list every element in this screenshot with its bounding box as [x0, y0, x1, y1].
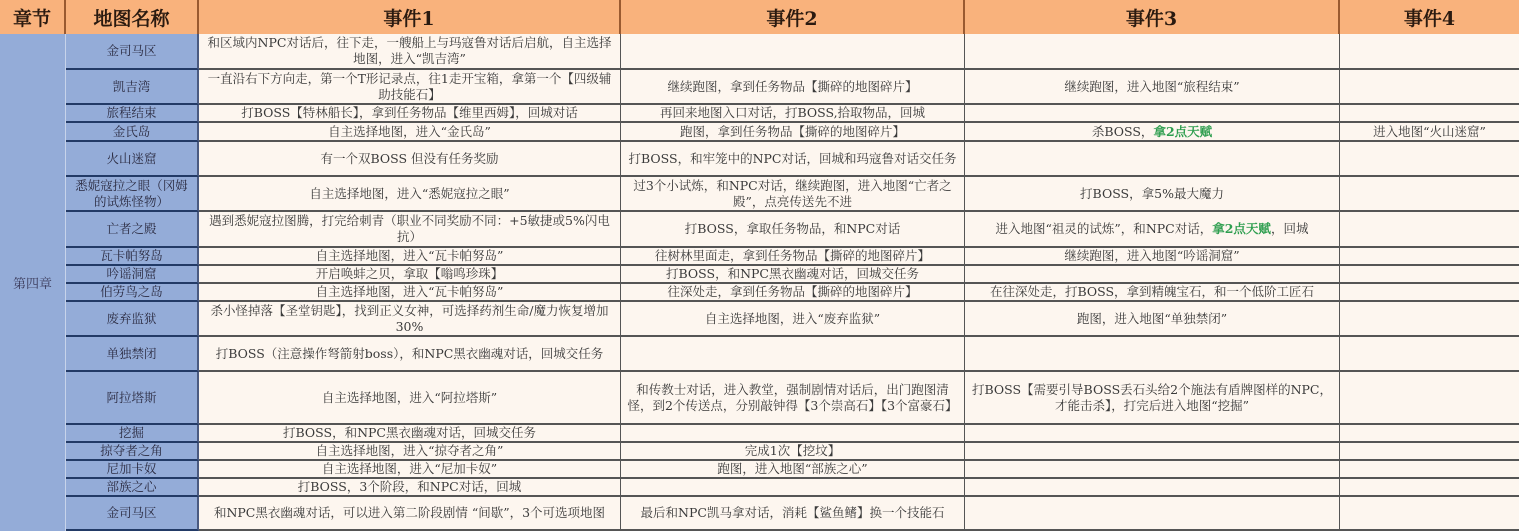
quest-table: 章节 地图名称 事件1 事件2 事件3 事件4 第四章 金司马区 和区域内NPC… — [0, 0, 1519, 531]
event-1-cell: 自主选择地图，进入“金氏岛” — [199, 123, 621, 142]
map-name-cell: 凯吉湾 — [66, 70, 199, 105]
event-2-cell — [621, 479, 965, 497]
event-2-cell: 继续跑图，拿到任务物品【撕碎的地图碎片】 — [621, 70, 965, 105]
table-row: 凯吉湾 一直沿右下方向走，第一个T形记录点，往1走开宝箱，拿第一个【四级辅助技能… — [66, 70, 1519, 105]
event-1-cell: 打BOSS【特林船长】，拿到任务物品【维里西姆】，回城对话 — [199, 105, 621, 123]
map-name-cell: 金氏岛 — [66, 123, 199, 142]
event-4-cell — [1340, 212, 1519, 248]
event-4-cell — [1340, 34, 1519, 70]
event-3-cell: 打BOSS【需要引导BOSS丢石头给2个施法有盾牌图样的NPC，才能击杀】，打完… — [965, 372, 1340, 425]
table-row: 伯劳鸟之岛 自主选择地图，进入“瓦卡帕努岛” 往深处走，拿到任务物品【撕碎的地图… — [66, 284, 1519, 302]
event-4-cell — [1340, 425, 1519, 443]
event-2-cell: 往深处走，拿到任务物品【撕碎的地图碎片】 — [621, 284, 965, 302]
table-row: 阿拉塔斯 自主选择地图，进入“阿拉塔斯” 和传教士对话，进入教堂，强制剧情对话后… — [66, 372, 1519, 425]
table-row: 挖掘 打BOSS，和NPC黑衣幽魂对话，回城交任务 — [66, 425, 1519, 443]
event-1-cell: 自主选择地图，进入“掠夺者之角” — [199, 443, 621, 461]
event-2-cell: 完成1次【挖坟】 — [621, 443, 965, 461]
event-3-cell — [965, 443, 1340, 461]
map-name-cell: 掠夺者之角 — [66, 443, 199, 461]
event-4-cell — [1340, 70, 1519, 105]
event-1-cell: 开启唤蚌之贝，拿取【嗡鸣珍珠】 — [199, 266, 621, 284]
event-4-cell — [1340, 105, 1519, 123]
table-row: 吟谣洞窟 开启唤蚌之贝，拿取【嗡鸣珍珠】 打BOSS，和NPC黑衣幽魂对话，回城… — [66, 266, 1519, 284]
event-text: 杀BOSS， — [1092, 124, 1154, 140]
event-3-cell: 跑图，进入地图“单独禁闭” — [965, 302, 1340, 337]
event-2-cell: 自主选择地图，进入“废弃监狱” — [621, 302, 965, 337]
event-1-cell: 打BOSS（注意操作弩箭射boss），和NPC黑衣幽魂对话，回城交任务 — [199, 337, 621, 372]
table-row: 瓦卡帕努岛 自主选择地图，进入“瓦卡帕努岛” 往树林里面走，拿到任务物品【撕碎的… — [66, 248, 1519, 266]
event-1-cell: 和NPC黑衣幽魂对话，可以进入第二阶段剧情 “间歇”，3个可选项地图 — [199, 497, 621, 531]
table-row: 掠夺者之角 自主选择地图，进入“掠夺者之角” 完成1次【挖坟】 — [66, 443, 1519, 461]
event-3-cell — [965, 34, 1340, 70]
event-3-cell: 杀BOSS，拿2点天赋 — [965, 123, 1340, 142]
table-row: 部族之心 打BOSS，3个阶段，和NPC对话，回城 — [66, 479, 1519, 497]
event-1-cell: 遇到悉妮寇拉图腾，打完给刺青（职业不同奖励不同：+5敏捷或5%闪电抗） — [199, 212, 621, 248]
event-1-cell: 打BOSS，3个阶段，和NPC对话，回城 — [199, 479, 621, 497]
event-4-cell: 进入地图“火山迷窟” — [1340, 123, 1519, 142]
map-name-cell: 悉妮寇拉之眼（冈姆的试炼怪物） — [66, 177, 199, 212]
event-4-cell — [1340, 337, 1519, 372]
map-name-cell: 单独禁闭 — [66, 337, 199, 372]
event-3-cell — [965, 479, 1340, 497]
header-event-4: 事件4 — [1340, 0, 1519, 34]
event-1-cell: 有一个双BOSS 但没有任务奖励 — [199, 142, 621, 177]
map-name-cell: 旅程结束 — [66, 105, 199, 123]
event-1-cell: 和区域内NPC对话后，往下走，一艘船上与玛寇鲁对话后启航，自主选择地图，进入“凯… — [199, 34, 621, 70]
event-4-cell — [1340, 177, 1519, 212]
event-3-cell: 进入地图“祖灵的试炼”，和NPC对话，拿2点天赋，回城 — [965, 212, 1340, 248]
event-1-cell: 自主选择地图，进入“瓦卡帕努岛” — [199, 248, 621, 266]
event-2-cell: 打BOSS，和牢笼中的NPC对话，回城和玛寇鲁对话交任务 — [621, 142, 965, 177]
header-event-3: 事件3 — [965, 0, 1340, 34]
map-name-cell: 伯劳鸟之岛 — [66, 284, 199, 302]
event-2-cell: 再回来地图入口对话，打BOSS,拾取物品，回城 — [621, 105, 965, 123]
map-name-cell: 阿拉塔斯 — [66, 372, 199, 425]
map-name-cell: 金司马区 — [66, 497, 199, 531]
event-4-cell — [1340, 302, 1519, 337]
event-3-cell: 在往深处走，打BOSS，拿到精魄宝石，和一个低阶工匠石 — [965, 284, 1340, 302]
event-text: ，回城 — [1271, 221, 1309, 237]
event-4-cell — [1340, 497, 1519, 531]
event-2-cell: 跑图，进入地图“部族之心” — [621, 461, 965, 479]
talent-reward-highlight: 拿2点天赋 — [1153, 124, 1212, 140]
table-row: 金氏岛 自主选择地图，进入“金氏岛” 跑图，拿到任务物品【撕碎的地图碎片】 杀B… — [66, 123, 1519, 142]
event-4-cell — [1340, 142, 1519, 177]
event-text: 进入地图“祖灵的试炼”，和NPC对话， — [996, 221, 1213, 237]
table-row: 火山迷窟 有一个双BOSS 但没有任务奖励 打BOSS，和牢笼中的NPC对话，回… — [66, 142, 1519, 177]
talent-reward-highlight: 拿2点天赋 — [1212, 221, 1271, 237]
header-chapter: 章节 — [0, 0, 66, 34]
map-name-cell: 部族之心 — [66, 479, 199, 497]
event-4-cell — [1340, 266, 1519, 284]
event-3-cell — [965, 337, 1340, 372]
event-3-cell: 继续跑图，进入地图“吟谣洞窟” — [965, 248, 1340, 266]
table-row: 尼加卡奴 自主选择地图，进入“尼加卡奴” 跑图，进入地图“部族之心” — [66, 461, 1519, 479]
map-name-cell: 瓦卡帕努岛 — [66, 248, 199, 266]
event-3-cell — [965, 425, 1340, 443]
event-3-cell — [965, 266, 1340, 284]
map-name-cell: 尼加卡奴 — [66, 461, 199, 479]
event-1-cell: 自主选择地图，进入“尼加卡奴” — [199, 461, 621, 479]
map-name-cell: 金司马区 — [66, 34, 199, 70]
event-2-cell: 最后和NPC凯马拿对话，消耗【鲨鱼鳍】换一个技能石 — [621, 497, 965, 531]
event-3-cell — [965, 497, 1340, 531]
map-name-cell: 吟谣洞窟 — [66, 266, 199, 284]
event-3-cell: 打BOSS，拿5%最大魔力 — [965, 177, 1340, 212]
event-3-cell — [965, 142, 1340, 177]
table-row: 金司马区 和区域内NPC对话后，往下走，一艘船上与玛寇鲁对话后启航，自主选择地图… — [66, 34, 1519, 70]
header-map-name: 地图名称 — [66, 0, 199, 34]
event-2-cell: 往树林里面走，拿到任务物品【撕碎的地图碎片】 — [621, 248, 965, 266]
table-row: 亡者之殿 遇到悉妮寇拉图腾，打完给刺青（职业不同奖励不同：+5敏捷或5%闪电抗）… — [66, 212, 1519, 248]
event-1-cell: 一直沿右下方向走，第一个T形记录点，往1走开宝箱，拿第一个【四级辅助技能石】 — [199, 70, 621, 105]
event-3-cell — [965, 105, 1340, 123]
event-1-cell: 自主选择地图，进入“悉妮寇拉之眼” — [199, 177, 621, 212]
table-row: 金司马区 和NPC黑衣幽魂对话，可以进入第二阶段剧情 “间歇”，3个可选项地图 … — [66, 497, 1519, 531]
event-2-cell: 跑图，拿到任务物品【撕碎的地图碎片】 — [621, 123, 965, 142]
event-4-cell — [1340, 372, 1519, 425]
event-1-cell: 自主选择地图，进入“瓦卡帕努岛” — [199, 284, 621, 302]
event-2-cell — [621, 34, 965, 70]
event-2-cell — [621, 425, 965, 443]
table-row: 单独禁闭 打BOSS（注意操作弩箭射boss），和NPC黑衣幽魂对话，回城交任务 — [66, 337, 1519, 372]
event-4-cell — [1340, 284, 1519, 302]
event-1-cell: 打BOSS，和NPC黑衣幽魂对话，回城交任务 — [199, 425, 621, 443]
header-event-1: 事件1 — [199, 0, 621, 34]
map-name-cell: 亡者之殿 — [66, 212, 199, 248]
event-2-cell: 和传教士对话，进入教堂，强制剧情对话后，出门跑图清怪，到2个传送点，分别敲钟得【… — [621, 372, 965, 425]
event-2-cell: 打BOSS，和NPC黑衣幽魂对话，回城交任务 — [621, 266, 965, 284]
event-4-cell — [1340, 461, 1519, 479]
event-4-cell — [1340, 248, 1519, 266]
chapter-cell: 第四章 — [0, 34, 66, 531]
table-row: 废弃监狱 杀小怪掉落【圣堂钥匙】，找到正义女神，可选择药剂生命/魔力恢复增加30… — [66, 302, 1519, 337]
event-4-cell — [1340, 443, 1519, 461]
header-event-2: 事件2 — [621, 0, 965, 34]
event-1-cell: 杀小怪掉落【圣堂钥匙】，找到正义女神，可选择药剂生命/魔力恢复增加30% — [199, 302, 621, 337]
map-name-cell: 挖掘 — [66, 425, 199, 443]
event-3-cell — [965, 461, 1340, 479]
map-name-cell: 废弃监狱 — [66, 302, 199, 337]
event-4-cell — [1340, 479, 1519, 497]
table-row: 悉妮寇拉之眼（冈姆的试炼怪物） 自主选择地图，进入“悉妮寇拉之眼” 过3个小试炼… — [66, 177, 1519, 212]
event-1-cell: 自主选择地图，进入“阿拉塔斯” — [199, 372, 621, 425]
event-2-cell: 打BOSS，拿取任务物品，和NPC对话 — [621, 212, 965, 248]
event-2-cell: 过3个小试炼，和NPC对话，继续跑图，进入地图“亡者之殿”，点亮传送先不进 — [621, 177, 965, 212]
map-name-cell: 火山迷窟 — [66, 142, 199, 177]
event-2-cell — [621, 337, 965, 372]
table-row: 旅程结束 打BOSS【特林船长】，拿到任务物品【维里西姆】，回城对话 再回来地图… — [66, 105, 1519, 123]
event-3-cell: 继续跑图，进入地图“旅程结束” — [965, 70, 1340, 105]
